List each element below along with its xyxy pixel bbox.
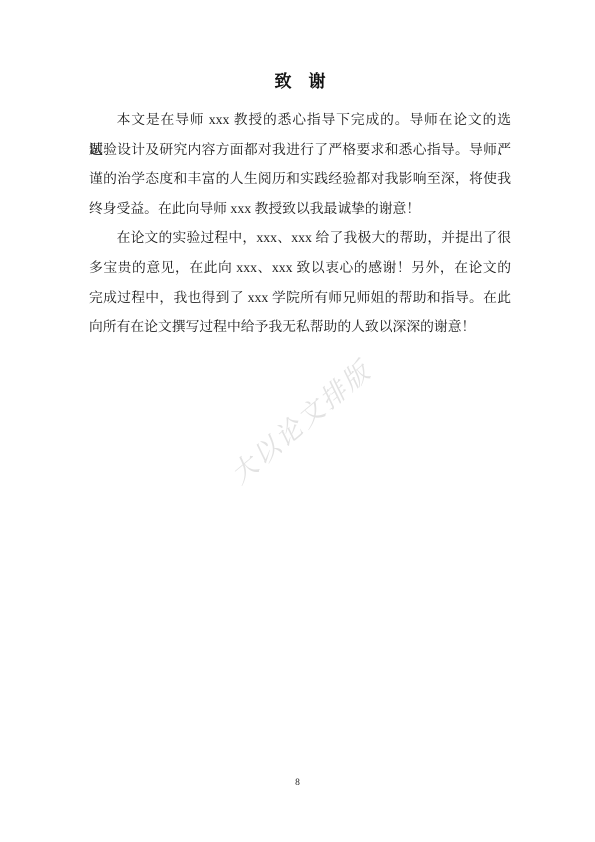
page-title: 致 谢 <box>89 70 511 94</box>
text-line: 多宝贵的意见，在此向 xxx、xxx 致以衷心的感谢！另外，在论文的 <box>89 253 511 283</box>
text-line: 向所有在论文撰写过程中给予我无私帮助的人致以深深的谢意！ <box>89 312 511 342</box>
page-number: 8 <box>0 778 595 788</box>
text-line: 完成过程中，我也得到了 xxx 学院所有师兄师姐的帮助和指导。在此 <box>89 283 511 313</box>
watermark-text: 大以论文排版 <box>221 351 378 491</box>
paragraph-2: 在论文的实验过程中，xxx、xxx 给了我极大的帮助，并提出了很 多宝贵的意见，… <box>89 223 511 341</box>
page-content: 致 谢 本文是在导师 xxx 教授的悉心指导下完成的。导师在论文的选题、 试验设… <box>89 70 511 342</box>
text-line: 本文是在导师 xxx 教授的悉心指导下完成的。导师在论文的选题、 <box>89 105 511 135</box>
text-line: 在论文的实验过程中，xxx、xxx 给了我极大的帮助，并提出了很 <box>89 223 511 253</box>
document-page: 大以论文排版 致 谢 本文是在导师 xxx 教授的悉心指导下完成的。导师在论文的… <box>0 0 595 842</box>
text-line: 终身受益。在此向导师 xxx 教授致以我最诚挚的谢意！ <box>89 194 511 224</box>
text-line: 试验设计及研究内容方面都对我进行了严格要求和悉心指导。导师严 <box>89 135 511 165</box>
text-line: 谨的治学态度和丰富的人生阅历和实践经验都对我影响至深，将使我 <box>89 164 511 194</box>
paragraph-1: 本文是在导师 xxx 教授的悉心指导下完成的。导师在论文的选题、 试验设计及研究… <box>89 105 511 223</box>
